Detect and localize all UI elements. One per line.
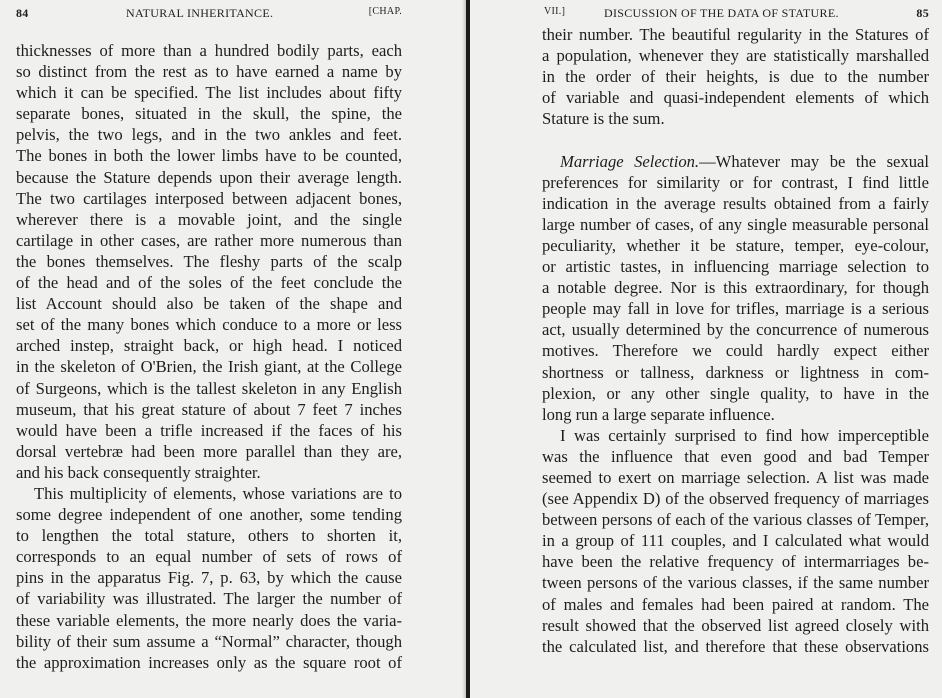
chapter-marker: [CHAP. — [369, 6, 402, 17]
book-spread: 84 NATURAL INHERITANCE. [CHAP. thickness… — [0, 0, 942, 698]
text-line: Stature is the sum. — [542, 108, 929, 129]
text-line: or artistic tastes, in influencing marri… — [542, 256, 929, 277]
text-line: some degree independent of one another, … — [16, 504, 402, 525]
text-line: their number. The beautiful regularity i… — [542, 24, 929, 45]
text-line: would have been a trifle increased if th… — [16, 420, 402, 441]
text-line: which it can be specified. The list incl… — [16, 82, 402, 103]
text-line: cartilage in other cases, are rather mor… — [16, 230, 402, 251]
left-page-body: thicknesses of more than a hundred bodil… — [16, 40, 402, 673]
text-line: bility of their sum assume a “Normal” ch… — [16, 631, 402, 652]
text-line: list Account should also be taken of the… — [16, 293, 402, 314]
text-line: I was certainly surprised to find how im… — [542, 425, 929, 446]
text-line: (see Appendix D) of the observed frequen… — [542, 488, 929, 509]
text-line: museum, that his great stature of about … — [16, 399, 402, 420]
text-line: peculiarity, whether it be stature, temp… — [542, 235, 929, 256]
text-line: wherever there is a movable joint, and t… — [16, 209, 402, 230]
text-line: and his back consequently straighter. — [16, 462, 402, 483]
text-line: pins in the apparatus Fig. 7, p. 63, by … — [16, 567, 402, 588]
text-line: in the order of their heights, is due to… — [542, 66, 929, 87]
text-line: pelvis, the two legs, and in the two ank… — [16, 124, 402, 145]
text-line: indication in the average results obtain… — [542, 193, 929, 214]
text-line: tween persons of the various classes, if… — [542, 572, 929, 593]
text-line: of the head and of the soles of the feet… — [16, 272, 402, 293]
running-title: DISCUSSION OF THE DATA OF STATURE. — [604, 6, 839, 21]
book-spine-gutter — [466, 0, 470, 698]
right-page: VII.] DISCUSSION OF THE DATA OF STATURE.… — [471, 0, 942, 698]
right-running-head: VII.] DISCUSSION OF THE DATA OF STATURE.… — [544, 6, 929, 26]
section-heading-line: Marriage Selection.—Whatever may be the … — [542, 151, 929, 172]
text-line: The bones in both the lower limbs have t… — [16, 145, 402, 166]
right-page-body: their number. The beautiful regularity i… — [542, 24, 929, 657]
text-line: separate bones, situated in the skull, t… — [16, 103, 402, 124]
text-line: preferences for similarity or for contra… — [542, 172, 929, 193]
text-line: dorsal vertebræ had been more parallel t… — [16, 441, 402, 462]
running-title: NATURAL INHERITANCE. — [126, 6, 273, 21]
text-line: shortness or tallness, darkness or light… — [542, 362, 929, 383]
page-number: 85 — [916, 6, 929, 21]
page-number: 84 — [16, 6, 29, 21]
text-line: these variable elements, the more nearly… — [16, 610, 402, 631]
text-fragment: —Whatever may be the sexual — [699, 152, 929, 171]
section-spacing — [542, 129, 929, 150]
text-line: corresponds to an equal number of sets o… — [16, 546, 402, 567]
section-heading: Marriage Selection. — [560, 152, 699, 171]
text-line: long run a large separate influence. — [542, 404, 929, 425]
text-line: the bones themselves. The fleshy parts o… — [16, 251, 402, 272]
text-line: of variability was illustrated. The larg… — [16, 588, 402, 609]
text-line: was the influence that even good and bad… — [542, 446, 929, 467]
text-line: a notable degree. Nor is this extraordin… — [542, 277, 929, 298]
text-line: seemed to exert on marriage selection. A… — [542, 467, 929, 488]
text-line: set of the many bones which conduce to a… — [16, 314, 402, 335]
text-line: motives. Therefore we could hardly expec… — [542, 340, 929, 361]
text-line: thicknesses of more than a hundred bodil… — [16, 40, 402, 61]
text-line: the approximation increases only as the … — [16, 652, 402, 673]
chapter-marker: VII.] — [544, 6, 565, 17]
text-line: plexion, or any other single quality, to… — [542, 383, 929, 404]
left-page: 84 NATURAL INHERITANCE. [CHAP. thickness… — [0, 0, 466, 698]
text-line: have been the relative frequency of inte… — [542, 551, 929, 572]
text-line: between persons of each of the various c… — [542, 509, 929, 530]
left-running-head: 84 NATURAL INHERITANCE. [CHAP. — [16, 6, 402, 26]
text-line: the calculated list, and therefore that … — [542, 636, 929, 657]
text-line: act, usually determined by the concurren… — [542, 319, 929, 340]
text-line: a population, whenever they are statisti… — [542, 45, 929, 66]
text-line: to lengthen the total stature, others to… — [16, 525, 402, 546]
text-line: result showed that the observed list agr… — [542, 615, 929, 636]
text-line: This multiplicity of elements, whose var… — [16, 483, 402, 504]
text-line: of variable and quasi-independent elemen… — [542, 87, 929, 108]
text-line: The two cartilages interposed between ad… — [16, 188, 402, 209]
text-line: arched instep, straight back, or high he… — [16, 335, 402, 356]
text-line: of males and females had been paired at … — [542, 594, 929, 615]
text-line: in the skeleton of O'Brien, the Irish gi… — [16, 356, 402, 377]
text-line: in a group of 111 couples, and I calcula… — [542, 530, 929, 551]
text-line: large number of cases, of any single mea… — [542, 214, 929, 235]
text-line: of Surgeons, which is the tallest skelet… — [16, 378, 402, 399]
text-line: people may fall in love for trifles, mar… — [542, 298, 929, 319]
text-line: so distinct from the rest as to have ear… — [16, 61, 402, 82]
text-line: because the Stature depends upon their a… — [16, 167, 402, 188]
